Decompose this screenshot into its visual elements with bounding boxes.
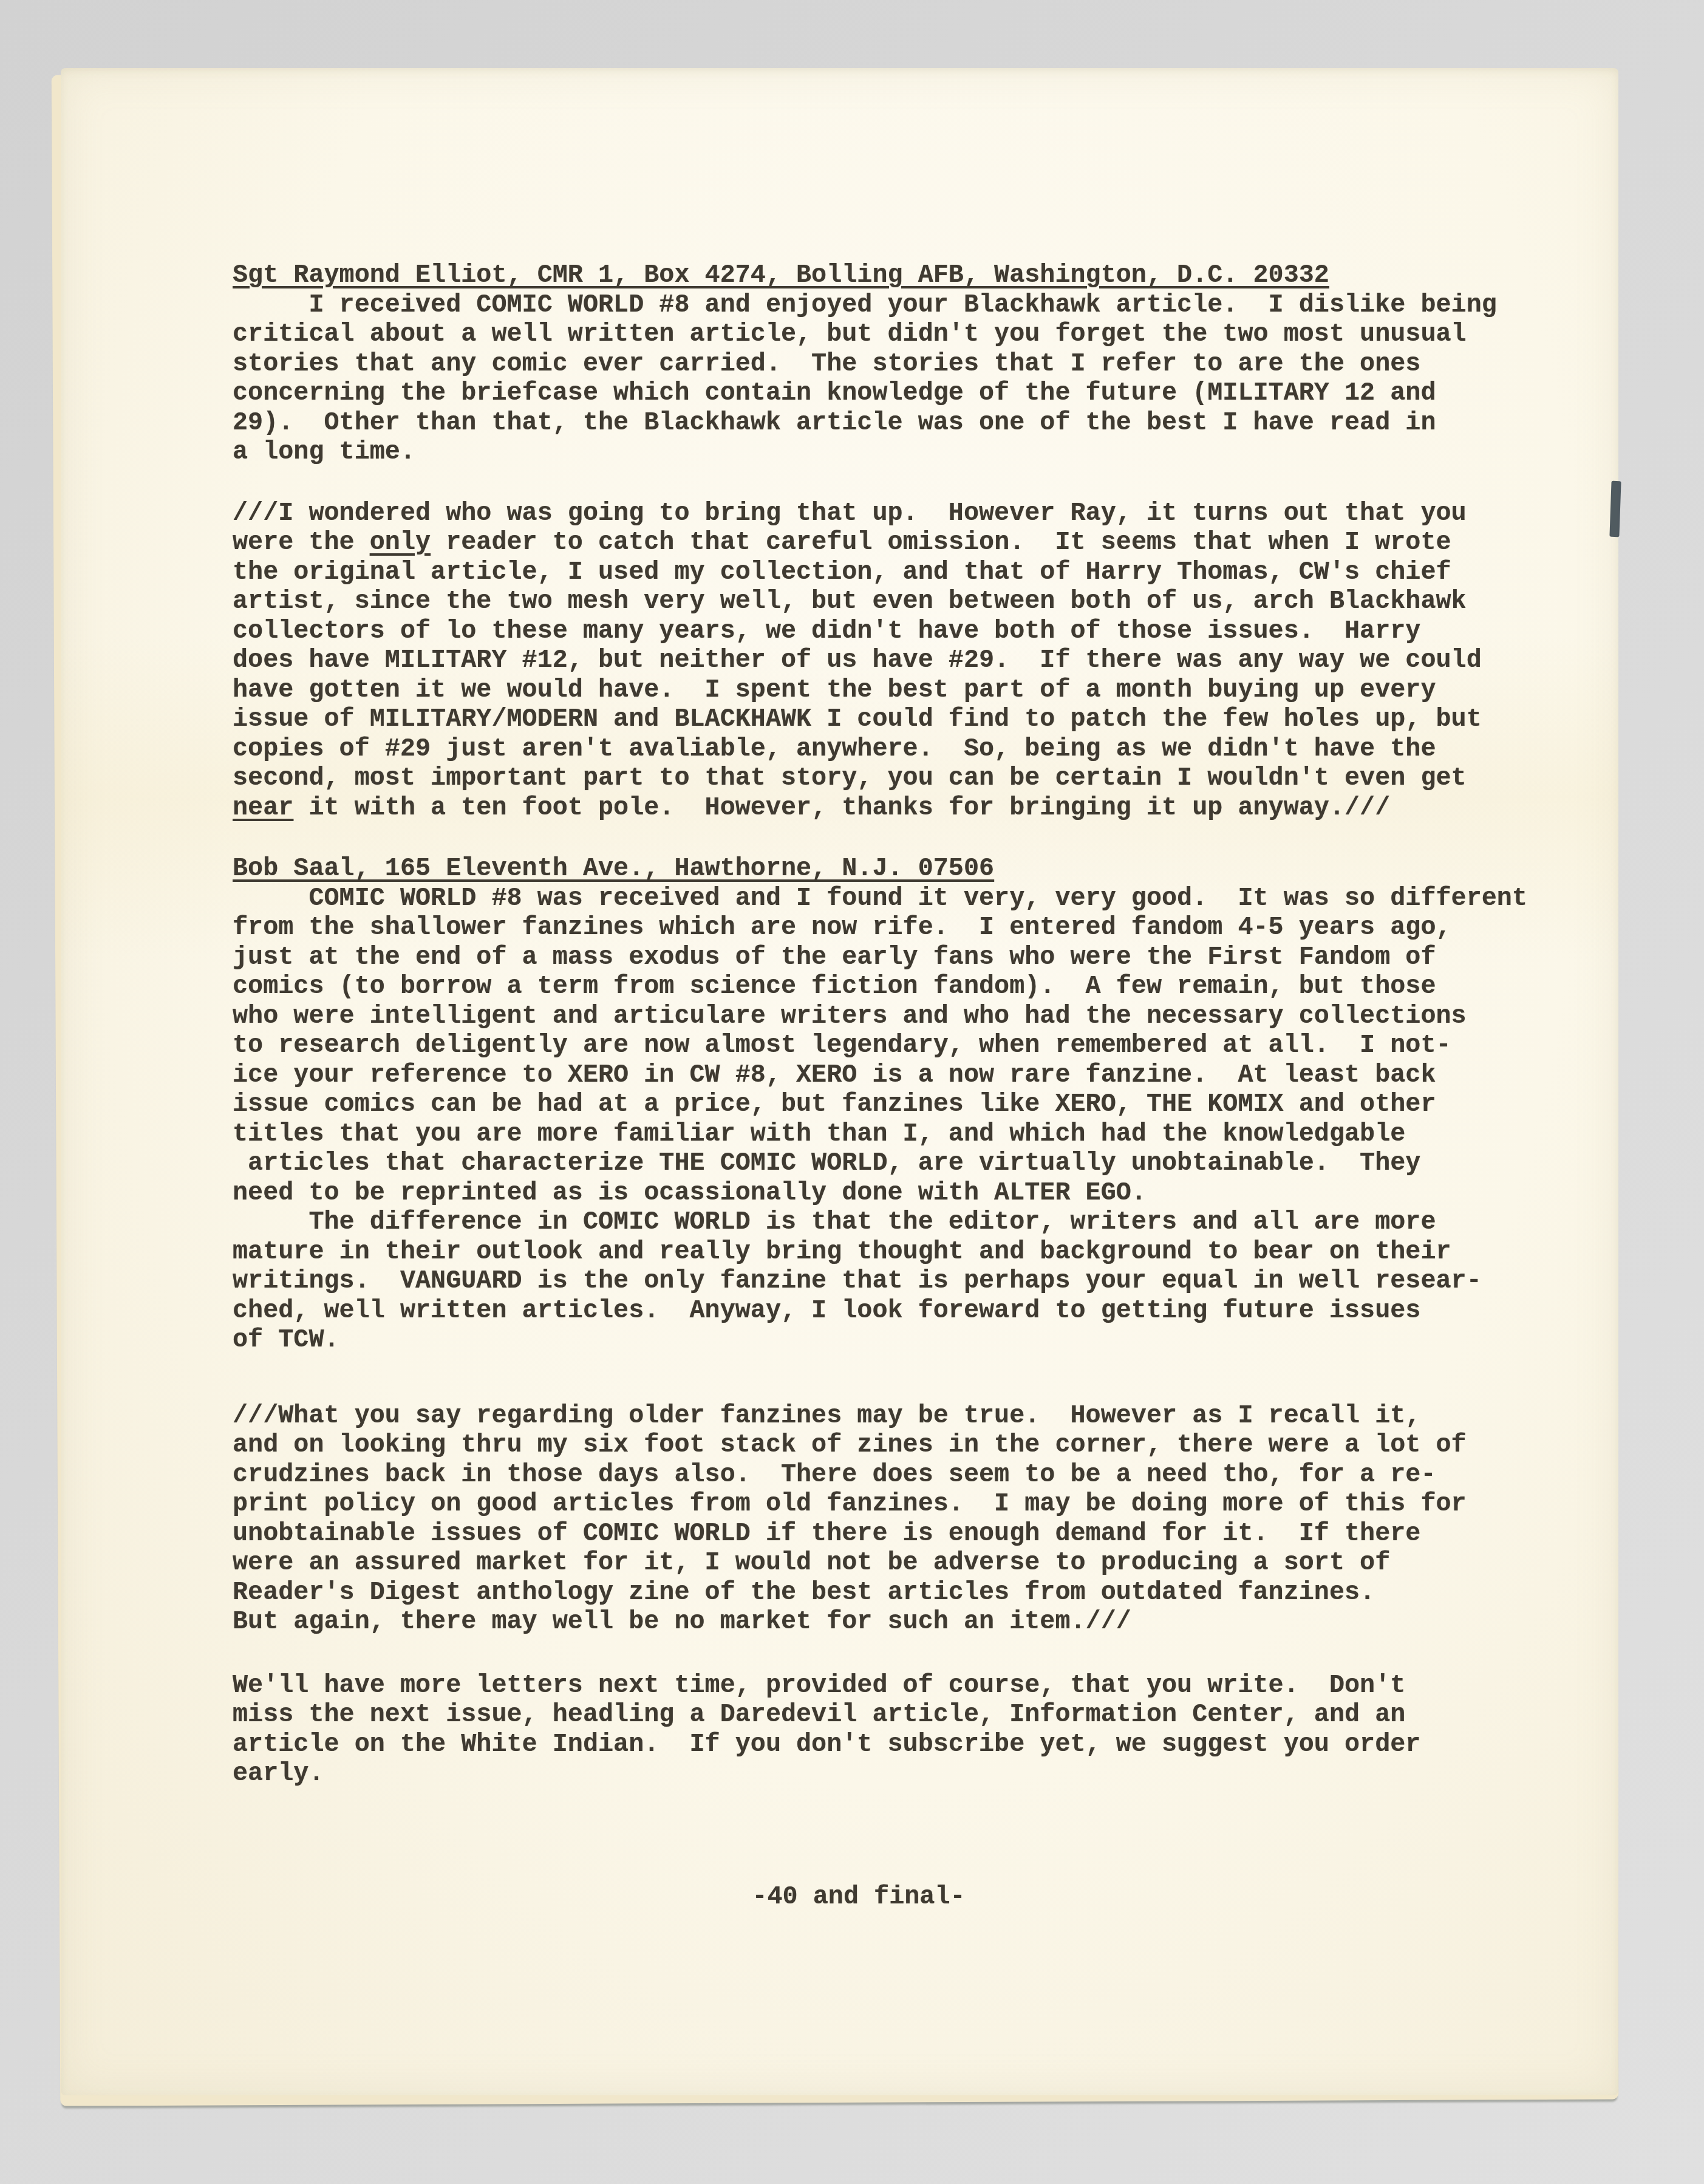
text-line: just at the end of a mass exodus of the … bbox=[233, 943, 1485, 972]
text-line: ice your reference to XERO in CW #8, XER… bbox=[233, 1060, 1485, 1090]
underlined-text: Sgt Raymond Elliot, CMR 1, Box 4274, Bol… bbox=[233, 261, 1329, 290]
text-line: early. bbox=[233, 1759, 1485, 1789]
text-line: of TCW. bbox=[233, 1325, 1485, 1355]
text-line: But again, there may well be no market f… bbox=[233, 1607, 1485, 1637]
text-line: 29). Other than that, the Blackhawk arti… bbox=[233, 408, 1485, 438]
text-line: unobtainable issues of COMIC WORLD if th… bbox=[233, 1519, 1485, 1549]
text-line: I received COMIC WORLD #8 and enjoyed yo… bbox=[233, 290, 1485, 320]
text-line: Bob Saal, 165 Eleventh Ave., Hawthorne, … bbox=[233, 854, 1485, 884]
text-line: issue comics can be had at a price, but … bbox=[233, 1090, 1485, 1119]
text-line: crudzines back in those days also. There… bbox=[233, 1460, 1485, 1490]
underlined-text: only bbox=[370, 528, 431, 557]
text-line: writings. VANGUARD is the only fanzine t… bbox=[233, 1266, 1485, 1296]
text-line: Reader's Digest anthology zine of the be… bbox=[233, 1578, 1485, 1608]
text-line: article on the White Indian. If you don'… bbox=[233, 1730, 1485, 1759]
scanned-page: Sgt Raymond Elliot, CMR 1, Box 4274, Bol… bbox=[61, 68, 1618, 2095]
letter-paragraph: COMIC WORLD #8 was received and I found … bbox=[233, 884, 1485, 1355]
underlined-text: near bbox=[233, 793, 293, 822]
text-line: stories that any comic ever carried. The… bbox=[233, 349, 1485, 379]
text-line: ///What you say regarding older fanzines… bbox=[233, 1401, 1485, 1431]
text-line: concerning the briefcase which contain k… bbox=[233, 378, 1485, 408]
text-line: Sgt Raymond Elliot, CMR 1, Box 4274, Bol… bbox=[233, 261, 1485, 290]
text-line: ched, well written articles. Anyway, I l… bbox=[233, 1296, 1485, 1326]
text-line: issue of MILITARY/MODERN and BLACKHAWK I… bbox=[233, 705, 1485, 734]
text-line: copies of #29 just aren't avaliable, any… bbox=[233, 734, 1485, 764]
text-line: a long time. bbox=[233, 437, 1485, 467]
text-line: and on looking thru my six foot stack of… bbox=[233, 1430, 1485, 1460]
text-line: mature in their outlook and really bring… bbox=[233, 1237, 1485, 1267]
text-line: COMIC WORLD #8 was received and I found … bbox=[233, 884, 1485, 913]
text-line: from the shallower fanzines which are no… bbox=[233, 913, 1485, 943]
text-line: does have MILITARY #12, but neither of u… bbox=[233, 646, 1485, 675]
text-line: second, most important part to that stor… bbox=[233, 763, 1485, 793]
text-line: were the only reader to catch that caref… bbox=[233, 528, 1485, 558]
letter-heading: Sgt Raymond Elliot, CMR 1, Box 4274, Bol… bbox=[233, 261, 1485, 290]
letter-body: Sgt Raymond Elliot, CMR 1, Box 4274, Bol… bbox=[233, 261, 1485, 1911]
text-line: We'll have more letters next time, provi… bbox=[233, 1671, 1485, 1701]
text-line: ///I wondered who was going to bring tha… bbox=[233, 499, 1485, 528]
letter-paragraph: We'll have more letters next time, provi… bbox=[233, 1671, 1485, 1789]
text-line: comics (to borrow a term from science fi… bbox=[233, 972, 1485, 1002]
letter-paragraph: I received COMIC WORLD #8 and enjoyed yo… bbox=[233, 290, 1485, 467]
text-line: have gotten it we would have. I spent th… bbox=[233, 675, 1485, 705]
text-line: critical about a well written article, b… bbox=[233, 319, 1485, 349]
letter-heading: Bob Saal, 165 Eleventh Ave., Hawthorne, … bbox=[233, 854, 1485, 884]
text-line: collectors of lo these many years, we di… bbox=[233, 616, 1485, 646]
text-line: to research deligently are now almost le… bbox=[233, 1031, 1485, 1060]
page-edge-mark bbox=[1609, 481, 1621, 537]
page-footer: -40 and final- bbox=[233, 1882, 1485, 1912]
text-line: The difference in COMIC WORLD is that th… bbox=[233, 1207, 1485, 1237]
text-line: the original article, I used my collecti… bbox=[233, 558, 1485, 587]
text-line: artist, since the two mesh very well, bu… bbox=[233, 587, 1485, 616]
text-line: titles that you are more familiar with t… bbox=[233, 1119, 1485, 1149]
underlined-text: Bob Saal, 165 Eleventh Ave., Hawthorne, … bbox=[233, 854, 994, 883]
scan-background: Sgt Raymond Elliot, CMR 1, Box 4274, Bol… bbox=[0, 0, 1704, 2184]
text-line: articles that characterize THE COMIC WOR… bbox=[233, 1148, 1485, 1178]
text-line: miss the next issue, headling a Daredevi… bbox=[233, 1700, 1485, 1730]
text-line: were an assured market for it, I would n… bbox=[233, 1548, 1485, 1578]
letter-paragraph: ///I wondered who was going to bring tha… bbox=[233, 499, 1485, 823]
text-line: who were intelligent and articulare writ… bbox=[233, 1002, 1485, 1031]
text-line: print policy on good articles from old f… bbox=[233, 1489, 1485, 1519]
text-line: near it with a ten foot pole. However, t… bbox=[233, 793, 1485, 823]
text-line: need to be reprinted as is ocassionally … bbox=[233, 1178, 1485, 1208]
letter-paragraph: ///What you say regarding older fanzines… bbox=[233, 1401, 1485, 1637]
